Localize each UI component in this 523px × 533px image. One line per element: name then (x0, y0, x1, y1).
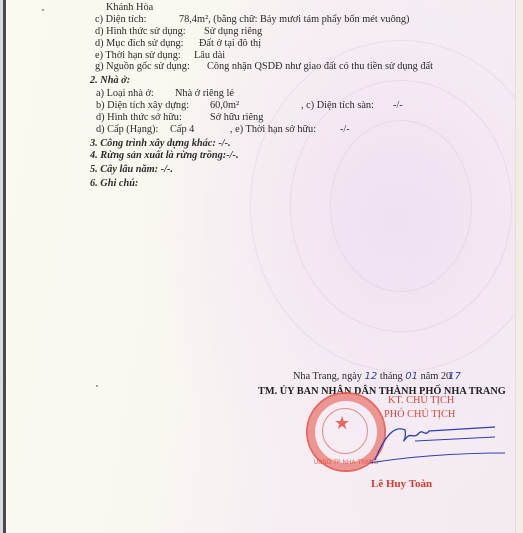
scan-speck (42, 9, 44, 11)
date-line: Nha Trang, ngày 12 tháng 01 năm 2017 (293, 371, 461, 382)
ownership-value: Sở hữu riêng (210, 112, 263, 124)
other-construction: 3. Công trình xây dựng khác: -/-. (90, 138, 231, 150)
year-label: năm 20 (421, 371, 452, 382)
notes-heading: 6. Ghi chú: (90, 178, 138, 190)
day-handwritten: 12 (365, 371, 378, 382)
role-line-1: KT. CHỦ TỊCH (388, 395, 454, 406)
house-type-value: Nhà ở riêng lẻ (175, 88, 234, 100)
floor-area-value: -/- (393, 100, 403, 112)
own-term-value: -/- (340, 124, 350, 136)
year-handwritten: 17 (448, 371, 461, 382)
perennial-trees: 5. Cây lâu năm: -/-. (90, 164, 173, 176)
issuing-organization: TM. ỦY BAN NHÂN DÂN THÀNH PHỐ NHA TRANG (258, 386, 506, 397)
house-heading: 2. Nhà ở: (90, 75, 130, 87)
floor-area-label: , c) Diện tích sàn: (301, 100, 374, 112)
build-area-label: b) Diện tích xây dựng: (96, 100, 189, 112)
place-prefix: Nha Trang, ngày (293, 371, 362, 382)
land-use-form-label: d) Hình thức sử dụng: (95, 26, 186, 38)
scan-speck (96, 385, 98, 387)
month-label: tháng (380, 371, 403, 382)
grade-label: d) Cấp (Hạng): (96, 124, 158, 136)
land-use-form-value: Sử dụng riêng (204, 26, 262, 38)
land-purpose-label: d) Mục đích sử dụng: (95, 38, 184, 50)
house-type-label: a) Loại nhà ở: (96, 88, 154, 100)
ownership-label: d) Hình thức sở hữu: (96, 112, 182, 124)
grade-value: Cấp 4 (170, 124, 194, 136)
production-forest: 4. Rừng sản xuất là rừng trồng:-/-. (90, 150, 239, 162)
own-term-label: , e) Thời hạn sở hữu: (230, 124, 316, 136)
watermark-ring (330, 120, 472, 292)
land-origin-value: Công nhận QSDĐ như giao đất có thu tiền … (207, 61, 433, 73)
address-tail: Khánh Hòa (106, 2, 153, 14)
signature-icon (345, 415, 515, 470)
build-area-value: 60,0m² (210, 100, 239, 112)
land-origin-label: g) Nguồn gốc sử dụng: (95, 61, 190, 73)
land-purpose-value: Đất ở tại đô thị (199, 38, 261, 50)
land-area-value: 78,4m², (bằng chữ: Bảy mươi tám phẩy bốn… (179, 14, 409, 26)
month-handwritten: 01 (405, 371, 418, 382)
land-area-label: c) Diện tích: (95, 14, 146, 26)
signer-name: Lê Huy Toàn (371, 478, 432, 490)
scan-right-edge (515, 0, 523, 533)
